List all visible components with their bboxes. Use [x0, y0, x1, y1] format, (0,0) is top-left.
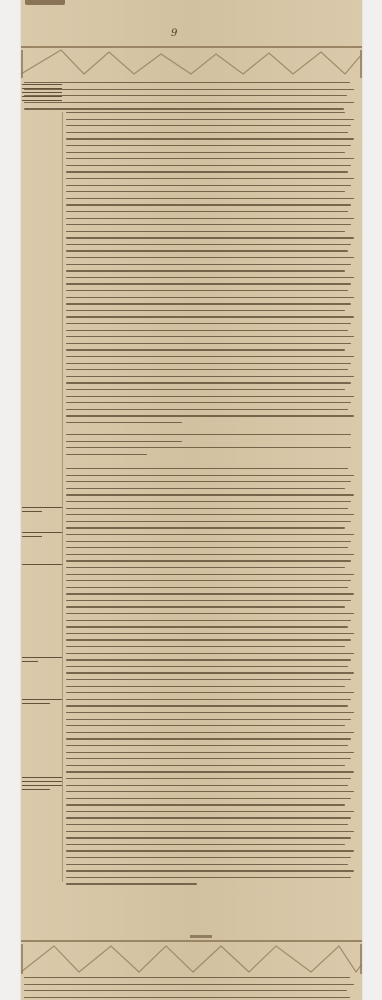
text-block-next-membrane: [24, 977, 357, 1000]
margin-rule: [62, 112, 63, 882]
text-block-main-2: [66, 468, 357, 890]
roll-tab: [25, 0, 65, 5]
margin-note: [22, 530, 62, 540]
margin-note: [22, 775, 62, 793]
indenture-zigzag-top: [21, 48, 362, 82]
margin-note: [22, 505, 62, 515]
indenture-zigzag-bottom: [21, 942, 362, 976]
text-block-opening: [24, 82, 357, 115]
margin-note: [22, 82, 62, 104]
text-block-entry-2: [66, 434, 357, 460]
margin-note: [22, 655, 62, 665]
margin-note: [22, 697, 62, 707]
text-block-main-1: [66, 112, 357, 429]
margin-note: [22, 562, 62, 568]
membrane-mark: [190, 935, 212, 938]
folio-number: 9: [171, 28, 177, 39]
